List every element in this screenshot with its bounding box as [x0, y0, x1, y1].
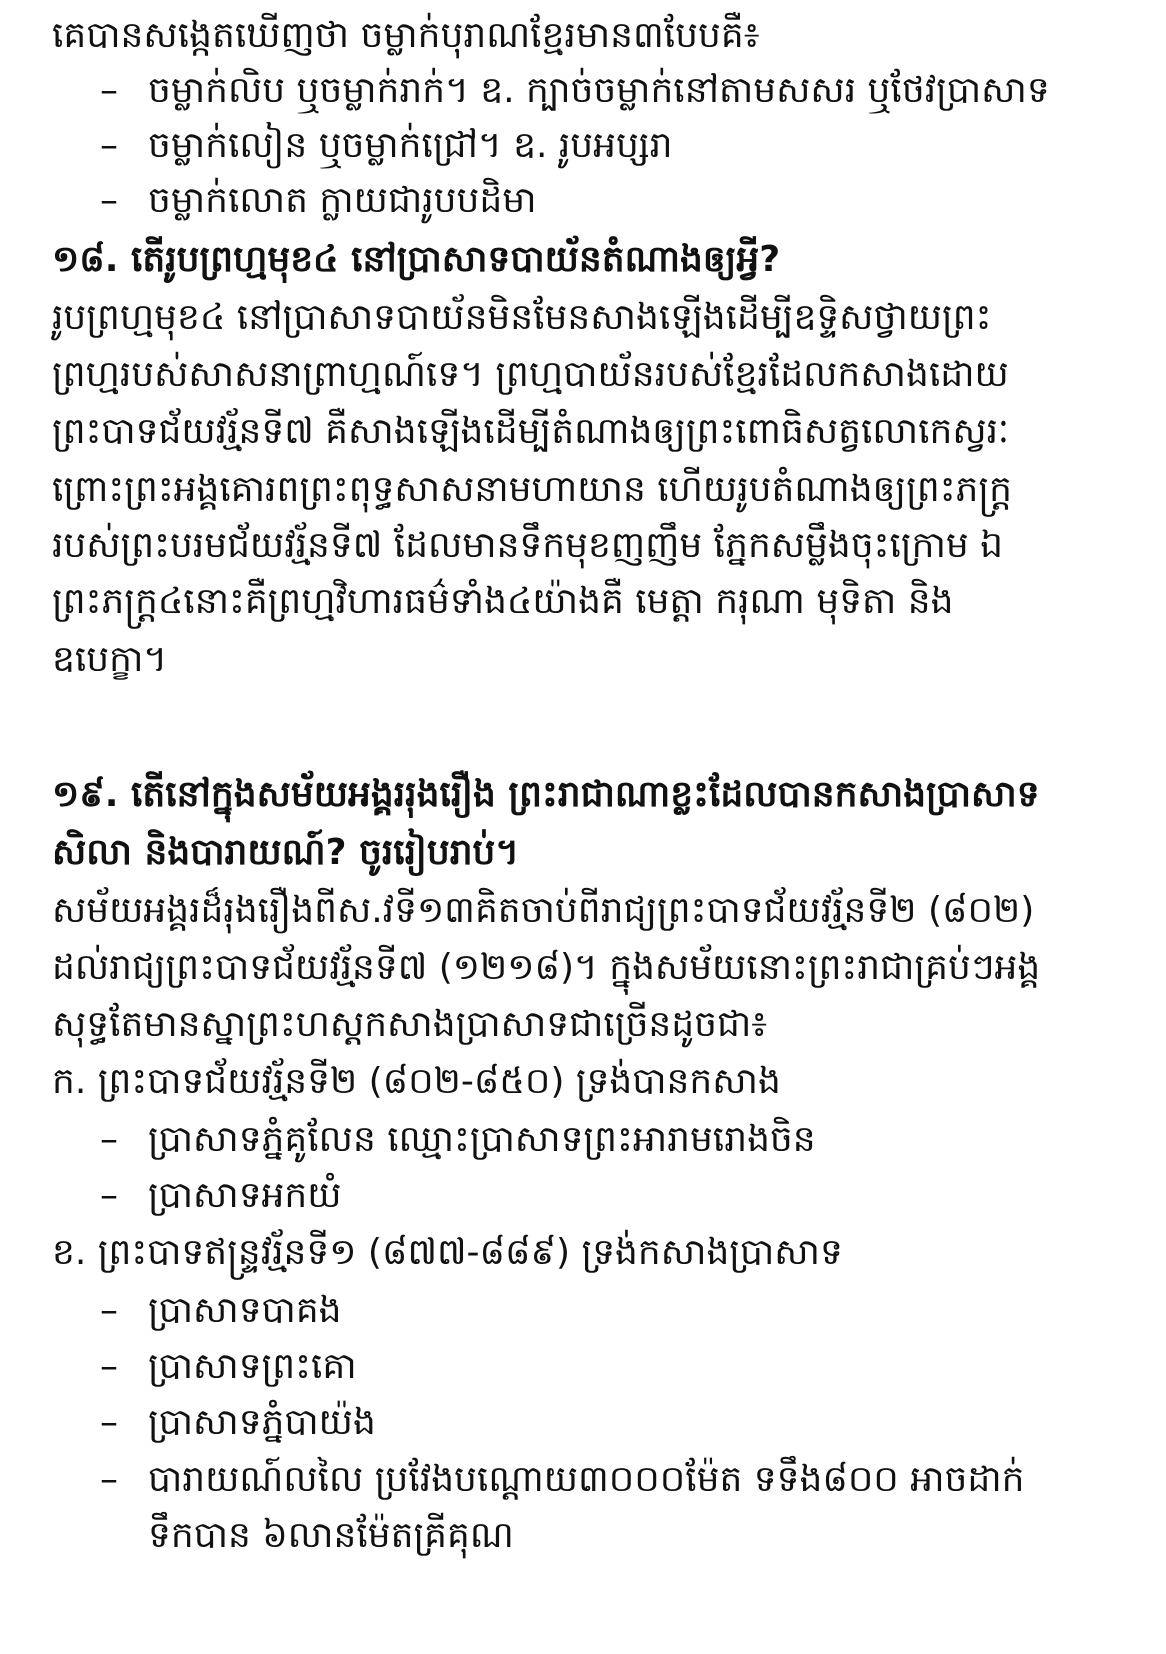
list-item: –ចម្លាក់លោត ក្លាយជារូបបដិមា	[100, 173, 1126, 229]
dash-bullet-icon: –	[100, 173, 148, 229]
list-item-text: ចម្លាក់លៀន ឬចម្លាក់ជ្រៅ។ ឧ. រូបអប្សរា	[148, 125, 672, 166]
dash-bullet-icon: –	[100, 1452, 148, 1508]
list-item-text: ប្រាសាទភ្នំគូលែន ឈ្មោះប្រាសាទព្រះអារាមរោ…	[148, 1119, 816, 1160]
answer-line: របស់ព្រះបរមជ័យវរ្ម័នទី៧ ដែលមានទឹកមុខញញឹម…	[52, 518, 1126, 574]
list-item: –ប្រាសាទព្រះគោ	[100, 1339, 1126, 1395]
list-item-text: បារាយណ៍លលៃ ប្រវែងបណ្តោយ៣០០០ម៉ែត ទទឹង៨០០ …	[148, 1459, 1025, 1500]
answer-line: សម័យអង្គរដ៏រុងរឿងពីស.វទី១៣គិតចាប់ពីរាជ្យ…	[52, 883, 1126, 939]
list-item-text: ប្រាសាទបាគង	[148, 1290, 342, 1331]
list-item-continuation: ទឹកបាន ៦លានម៉ែតគ្រីគុណ	[148, 1508, 1126, 1564]
answer-line: ព្រហ្មរបស់សាសនាព្រាហ្មណ៍ទេ។ ព្រហ្មបាយ័នរ…	[52, 347, 1126, 403]
list-item-text: ប្រាសាទអកយំ	[148, 1175, 342, 1216]
answer-line: ឧបេក្ខា។	[52, 632, 1126, 688]
answer-line: រូបព្រហ្មមុខ៤ នៅប្រាសាទបាយ័នមិនមែនសាងឡើង…	[52, 290, 1126, 346]
list-item: –ចម្លាក់លៀន ឬចម្លាក់ជ្រៅ។ ឧ. រូបអប្សរា	[100, 118, 1126, 174]
answer-line: សុទ្ធតែមានស្នាព្រះហស្តកសាងប្រាសាទជាច្រើន…	[52, 997, 1126, 1053]
dash-bullet-icon: –	[100, 1112, 148, 1168]
list-item: –ប្រាសាទភ្នំបាយ៉ង	[100, 1395, 1126, 1451]
list-item: –បារាយណ៍លលៃ ប្រវែងបណ្តោយ៣០០០ម៉ែត ទទឹង៨០០…	[100, 1452, 1126, 1508]
answer-line: ព្រោះព្រះអង្គគោរពព្រះពុទ្ធសាសនាមហាយាន ហើ…	[52, 462, 1126, 518]
king-heading: ក. ព្រះបាទជ័យវរ្ម័នទី២ (៨០២-៨៥០) ទ្រង់បា…	[52, 1054, 1126, 1110]
answer-line: ព្រះភក្ត្រ៤នោះគឺព្រហ្មវិហារធម៌ទាំង៤យ៉ាងគ…	[52, 574, 1126, 630]
answer-line: ព្រះបាទជ័យវរ្ម័នទី៧ គឺសាងឡើងដើម្បីតំណាងឲ…	[52, 404, 1126, 460]
answer-line: ដល់រាជ្យព្រះបាទជ័យវរ្ម័នទី៧ (១២១៨)។ ក្នុ…	[52, 940, 1126, 996]
question-19-heading: ១៩. តើនៅក្នុងសម័យអង្គររុងរឿង ព្រះរាជាណាខ…	[52, 767, 1126, 823]
dash-bullet-icon: –	[100, 63, 148, 119]
dash-bullet-icon: –	[100, 1168, 148, 1224]
intro-text: គេបានសង្កេតឃើញថា ចម្លាក់បុរាណខ្មែរមាន៣បែ…	[52, 8, 1126, 64]
king-heading: ខ. ព្រះបាទឥន្ទ្រវរ្ម័នទី១ (៨៧៧-៨៨៩) ទ្រង…	[52, 1225, 1126, 1281]
question-19-heading-cont: សិលា និងបារាយណ៍? ចូររៀបរាប់។	[52, 825, 1126, 881]
list-item: –ប្រាសាទបាគង	[100, 1283, 1126, 1339]
dash-bullet-icon: –	[100, 118, 148, 174]
list-item: –ប្រាសាទភ្នំគូលែន ឈ្មោះប្រាសាទព្រះអារាមរ…	[100, 1112, 1126, 1168]
document-page: គេបានសង្កេតឃើញថា ចម្លាក់បុរាណខ្មែរមាន៣បែ…	[0, 0, 1166, 1654]
dash-bullet-icon: –	[100, 1283, 148, 1339]
question-18-heading: ១៨. តើរូបព្រហ្មមុខ៤ នៅប្រាសាទបាយ័នតំណាងឲ…	[52, 232, 1126, 288]
dash-bullet-icon: –	[100, 1339, 148, 1395]
list-item-text: ចម្លាក់លោត ក្លាយជារូបបដិមា	[148, 180, 537, 221]
list-item-text: ប្រាសាទព្រះគោ	[148, 1346, 357, 1387]
dash-bullet-icon: –	[100, 1395, 148, 1451]
list-item-text: ចម្លាក់លិប ឬចម្លាក់រាក់។ ឧ. ក្បាច់ចម្លាក…	[148, 70, 1050, 111]
list-item: –ចម្លាក់លិប ឬចម្លាក់រាក់។ ឧ. ក្បាច់ចម្លា…	[100, 63, 1126, 119]
list-item: –ប្រាសាទអកយំ	[100, 1168, 1126, 1224]
list-item-text: ប្រាសាទភ្នំបាយ៉ង	[148, 1402, 376, 1443]
